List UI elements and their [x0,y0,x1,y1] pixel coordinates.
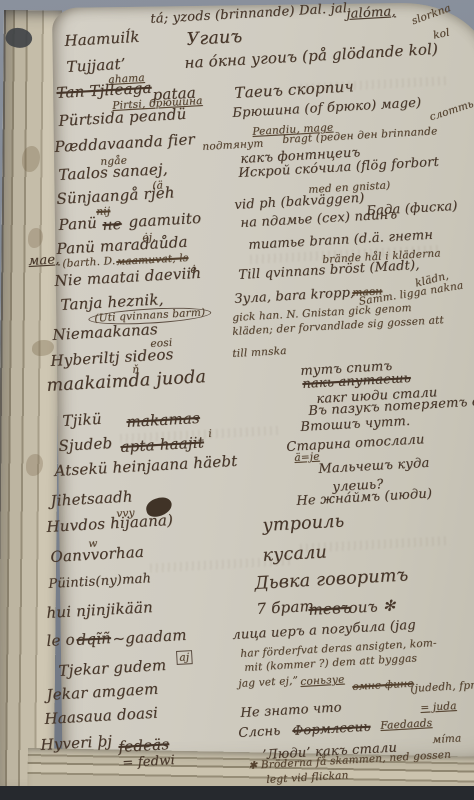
manuscript-note: мímа [432,732,462,746]
manuscript-gloss: 7 брат [256,597,314,618]
manuscript-gloss: Слснь [238,724,281,741]
manuscript-sami: мае, [28,252,60,269]
manuscript-gloss: тевъ [308,599,352,619]
manuscript-note: ä=je [294,451,320,464]
manuscript-sami: = fedwi [122,753,175,771]
manuscript-sami: Sjudeb [58,434,113,455]
book-shadow [0,786,474,800]
manuscript-sami: dqĩñ [76,629,111,649]
manuscript-note: i [208,428,212,440]
manuscript-gloss: Угаиъ [186,27,243,50]
manuscript-gloss: кусали [262,542,327,566]
manuscript-photo: tá; yzods (brinnande) Dal. jal.jalóma,sl… [0,0,474,800]
manuscript-gloss: оиъ ✻ [348,596,396,617]
manuscript-note: = juda [420,700,457,714]
manuscript-header: jalóma, [346,4,396,22]
manuscript-sami: Tjikü [62,410,102,430]
manuscript-sami: Panü [58,214,97,234]
manuscript-note: соньзуе [300,674,345,688]
manuscript-note: aj [176,650,193,665]
manuscript-sami: le o [46,630,75,650]
manuscript-sami: не [102,215,122,234]
